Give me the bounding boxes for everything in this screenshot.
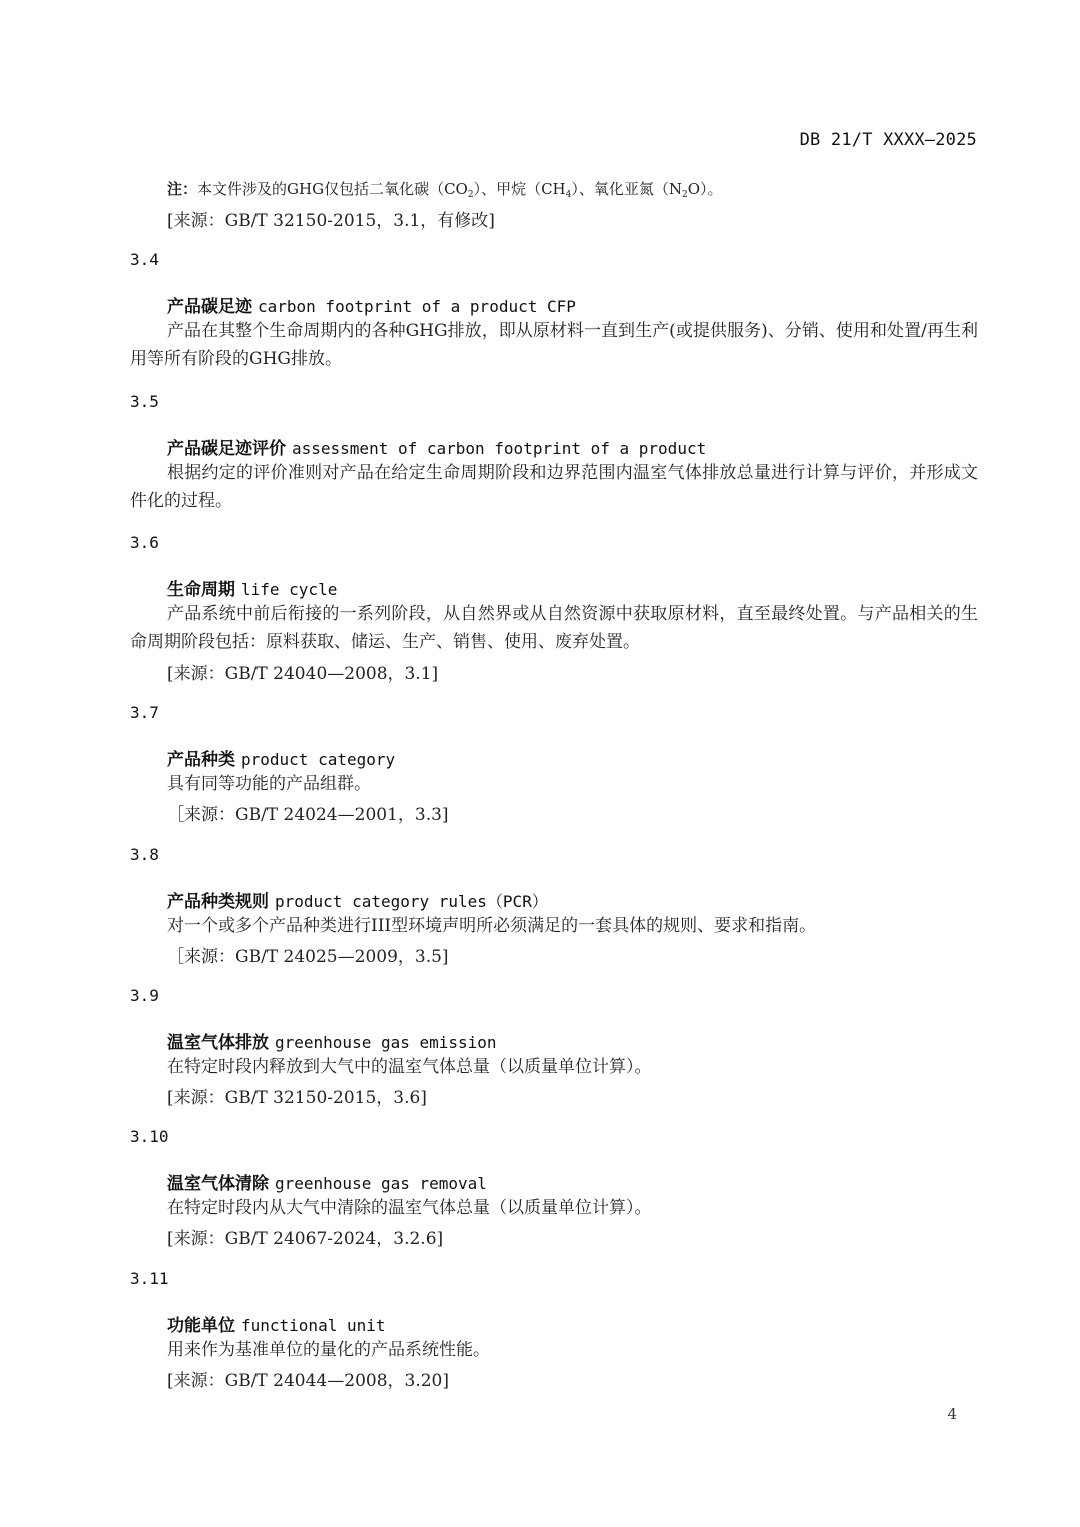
ghg-note: 注：本文件涉及的GHG仅包括二氧化碳（CO2）、甲烷（CH4）、氧化亚氮（N2O… <box>167 178 723 200</box>
term-en: carbon footprint of a product CFP <box>258 297 576 316</box>
term-en: assessment of carbon footprint of a prod… <box>292 439 706 458</box>
term-heading: 功能单位functional unit <box>167 1311 386 1336</box>
note-text: ）、甲烷（CH <box>474 180 566 198</box>
term-heading: 生命周期life cycle <box>167 575 337 600</box>
term-source: ［来源：GB/T 24024—2001，3.3] <box>167 800 449 825</box>
term-definition: 在特定时段内从大气中清除的温室气体总量（以质量单位计算）。 <box>167 1194 1015 1222</box>
term-source: [来源：GB/T 32150-2015，3.6] <box>167 1083 427 1108</box>
term-definition: 产品系统中前后衔接的一系列阶段，从自然界或从自然资源中获取原材料，直至最终处置。… <box>130 600 978 656</box>
term-en: functional unit <box>241 1316 386 1335</box>
term-en: greenhouse gas emission <box>275 1033 497 1052</box>
term-en: product category rules（PCR） <box>275 892 548 911</box>
term-cn: 产品碳足迹 <box>167 297 252 317</box>
term-en: product category <box>241 750 395 769</box>
clause-number: 3.8 <box>130 845 159 864</box>
term-en: greenhouse gas removal <box>275 1174 487 1193</box>
clause-number: 3.10 <box>130 1127 169 1146</box>
term-source: [来源：GB/T 24044—2008，3.20] <box>167 1366 449 1391</box>
clause-number: 3.7 <box>130 703 159 722</box>
clause-number: 3.9 <box>130 986 159 1005</box>
term-definition: 对一个或多个产品种类进行III型环境声明所必须满足的一套具体的规则、要求和指南。 <box>167 912 1015 940</box>
note-label: 注： <box>167 180 197 198</box>
term-cn: 功能单位 <box>167 1316 235 1336</box>
page-number: 4 <box>947 1405 957 1423</box>
term-definition: 用来作为基准单位的量化的产品系统性能。 <box>167 1336 1015 1364</box>
term-cn: 温室气体排放 <box>167 1033 269 1053</box>
note-text: ）、氧化亚氮（N <box>571 180 682 198</box>
note-text: 本文件涉及的GHG仅包括二氧化碳（CO <box>197 180 468 198</box>
term-heading: 温室气体排放greenhouse gas emission <box>167 1028 497 1053</box>
note-text: O）。 <box>688 180 723 198</box>
document-page: DB 21/T XXXX—2025 注：本文件涉及的GHG仅包括二氧化碳（CO2… <box>0 0 1080 1527</box>
term-heading: 产品种类product category <box>167 745 395 770</box>
term-source: [来源：GB/T 24067-2024，3.2.6] <box>167 1224 443 1249</box>
term-heading: 产品碳足迹carbon footprint of a product CFP <box>167 292 576 317</box>
clause-number: 3.5 <box>130 392 159 411</box>
term-heading: 温室气体清除greenhouse gas removal <box>167 1169 487 1194</box>
term-definition: 产品在其整个生命周期内的各种GHG排放，即从原材料一直到生产(或提供服务)、分销… <box>130 317 978 373</box>
term-cn: 生命周期 <box>167 580 235 600</box>
term-cn: 产品碳足迹评价 <box>167 439 286 459</box>
term-source: ［来源：GB/T 24025—2009，3.5] <box>167 942 449 967</box>
note-source: [来源：GB/T 32150-2015，3.1，有修改] <box>167 206 495 231</box>
clause-number: 3.6 <box>130 533 159 552</box>
term-heading: 产品碳足迹评价assessment of carbon footprint of… <box>167 434 706 459</box>
clause-number: 3.4 <box>130 250 159 269</box>
term-cn: 温室气体清除 <box>167 1174 269 1194</box>
term-definition: 具有同等功能的产品组群。 <box>167 770 1015 798</box>
standard-code: DB 21/T XXXX—2025 <box>800 130 977 150</box>
term-en: life cycle <box>241 580 337 599</box>
term-definition: 在特定时段内释放到大气中的温室气体总量（以质量单位计算）。 <box>167 1053 1015 1081</box>
clause-number: 3.11 <box>130 1269 169 1288</box>
term-cn: 产品种类 <box>167 750 235 770</box>
term-definition: 根据约定的评价准则对产品在给定生命周期阶段和边界范围内温室气体排放总量进行计算与… <box>130 459 978 515</box>
term-cn: 产品种类规则 <box>167 892 269 912</box>
term-heading: 产品种类规则product category rules（PCR） <box>167 887 548 912</box>
term-source: [来源：GB/T 24040—2008，3.1] <box>167 659 438 684</box>
